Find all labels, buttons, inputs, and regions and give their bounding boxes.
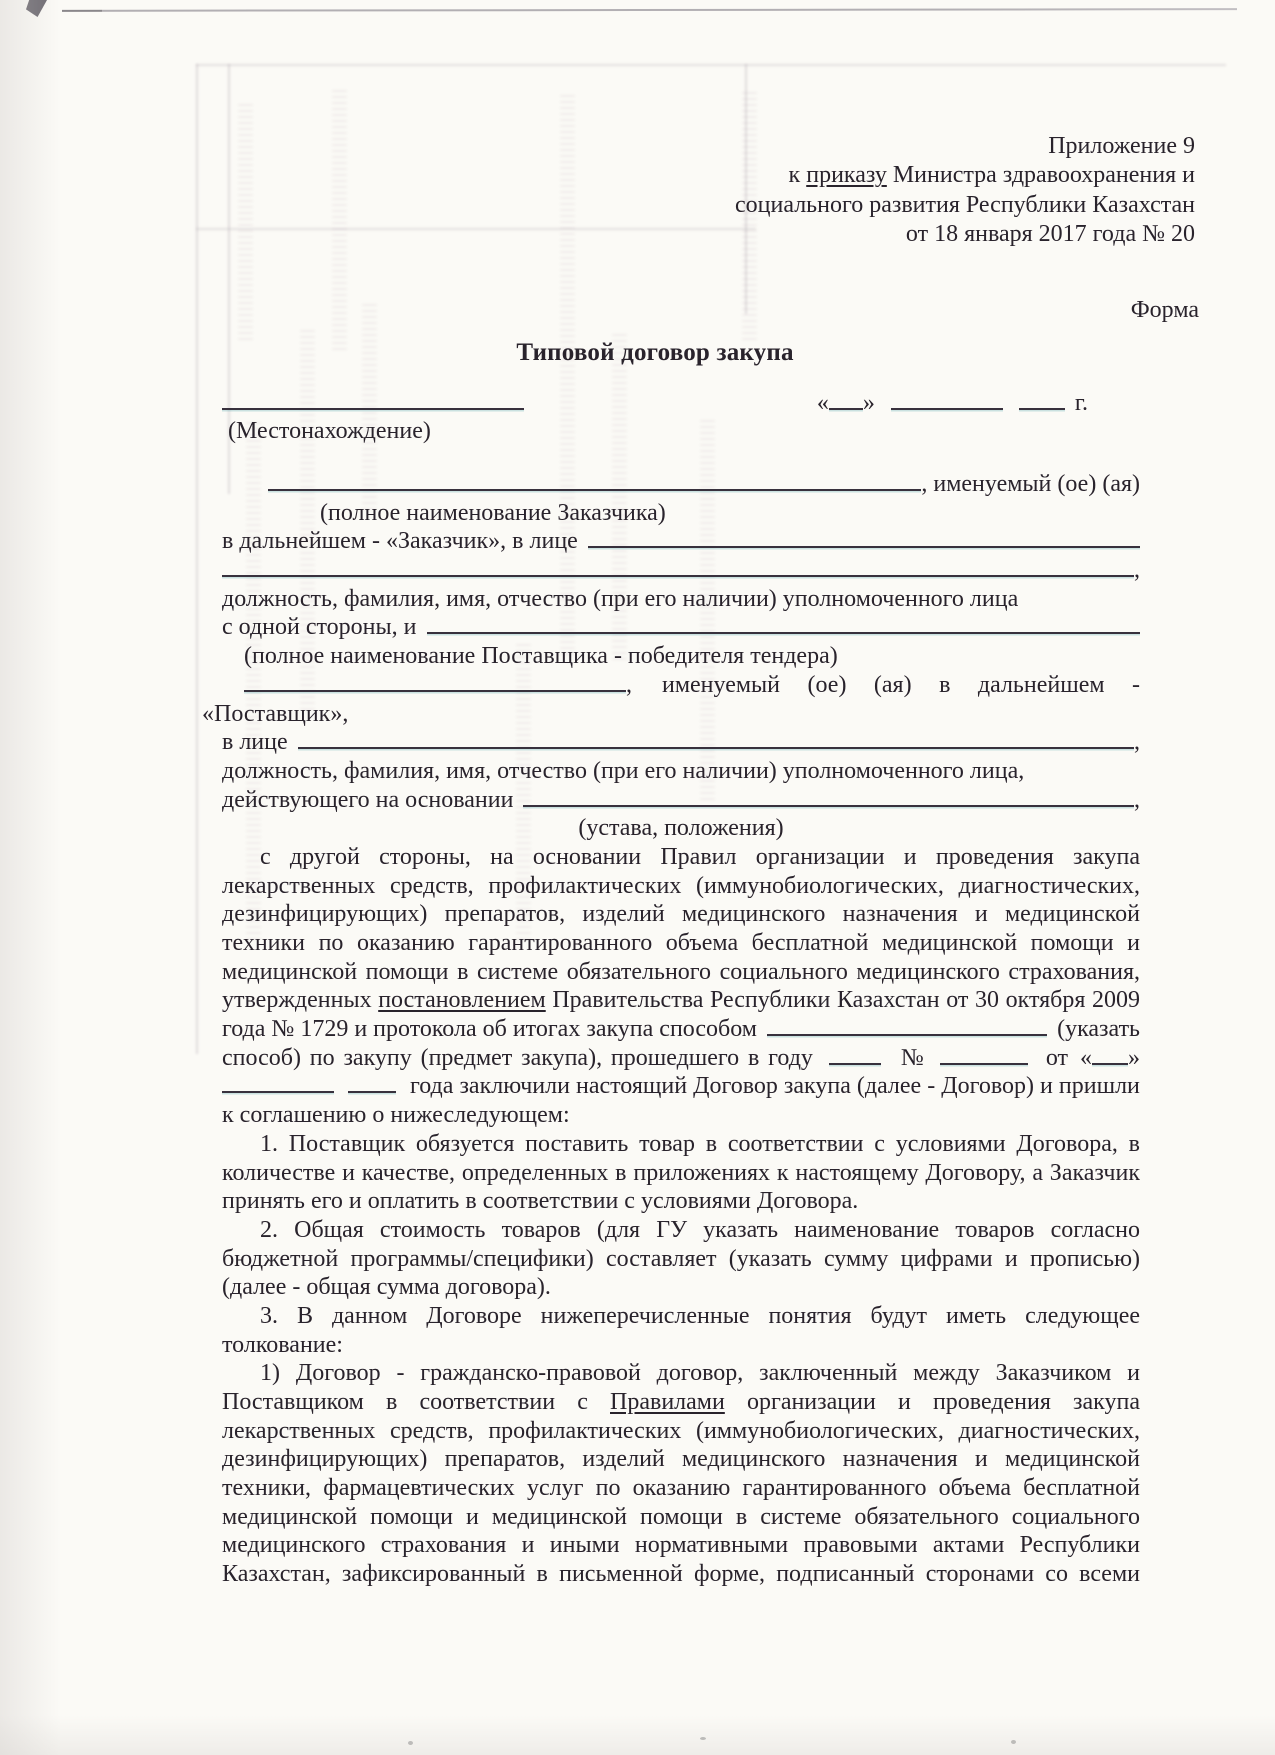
text-run: к bbox=[789, 162, 807, 188]
document-line: количестве и качестве, определенных в пр… bbox=[222, 1159, 1140, 1188]
document-line: (полное наименование Поставщика - победи… bbox=[222, 642, 1140, 671]
text-run: утвержденных bbox=[222, 987, 378, 1013]
justified-text-run: именуемый(ое)(ая)вдальнейшем- bbox=[632, 671, 1140, 700]
document-line: в лице, bbox=[222, 728, 1140, 757]
fill-in-blank bbox=[1092, 1063, 1128, 1065]
word: в bbox=[748, 1044, 759, 1073]
fill-in-blank bbox=[1019, 408, 1065, 410]
text-run: толкование: bbox=[222, 1332, 343, 1358]
text-run: лекарственных средств, профилактических … bbox=[222, 873, 1140, 899]
fill-in-blank bbox=[222, 1091, 334, 1093]
document-line: медицинской помощи в системе обязательно… bbox=[222, 958, 1140, 987]
inline-group: «» bbox=[1080, 1044, 1140, 1073]
text-run: с одной стороны, и bbox=[222, 613, 417, 642]
text-run: лекарственных средств, профилактических … bbox=[222, 1418, 1140, 1444]
scan-speck bbox=[1011, 1740, 1016, 1744]
scanned-document-page: Приложение 9к приказу Министра здравоохр… bbox=[0, 0, 1275, 1755]
text-run: « bbox=[817, 389, 829, 418]
document-line: (далее - общая сумма договора). bbox=[222, 1273, 1140, 1302]
document-line: бюджетной программы/специфики) составляе… bbox=[222, 1245, 1140, 1274]
word: года bbox=[410, 1072, 453, 1101]
header-block: Приложение 9к приказу Министра здравоохр… bbox=[0, 0, 1275, 250]
document-line: 1) Договор - гражданско-правовой договор… bbox=[222, 1359, 1140, 1388]
text-run: медицинской помощи в системе обязательно… bbox=[222, 959, 1140, 985]
text-run: « bbox=[1080, 1044, 1092, 1073]
text-run: от bbox=[1046, 1044, 1068, 1073]
text-run: «Поставщик», bbox=[202, 701, 348, 727]
text-run: » bbox=[1128, 1044, 1140, 1073]
document-line: лекарственных средств, профилактических … bbox=[222, 1417, 1140, 1446]
text-run: (полное наименование Заказчика) bbox=[320, 500, 666, 526]
text-run: от 18 января 2017 года № 20 bbox=[906, 221, 1195, 247]
word: (ое) bbox=[808, 671, 847, 700]
inline-group: «» bbox=[817, 389, 875, 418]
text-run: , bbox=[1134, 786, 1140, 815]
text-run: 2. Общая стоимость товаров (для ГУ указа… bbox=[260, 1217, 1140, 1243]
word: по bbox=[310, 1044, 335, 1073]
text-run: должность, фамилия, имя, отчество (при е… bbox=[222, 586, 1018, 612]
text-run: социального развития Республики Казахста… bbox=[735, 192, 1195, 218]
document-line: Поставщиком в соответствии с Правилами о… bbox=[222, 1388, 1140, 1417]
document-line: должность, фамилия, имя, отчество (при е… bbox=[222, 757, 1140, 786]
text-run: техники по оказанию гарантированного объ… bbox=[222, 930, 1140, 956]
word: (предмет bbox=[421, 1044, 513, 1073]
document-line: с одной стороны, и bbox=[222, 613, 1140, 642]
text-run: в дальнейшем - «Заказчик», в лице bbox=[222, 527, 578, 556]
document-line: с другой стороны, на основании Правил ор… bbox=[222, 843, 1140, 872]
text-run: года № 1729 и протокола об итогах закупа… bbox=[222, 1015, 757, 1044]
fill-in-blank bbox=[427, 632, 1141, 634]
document-line: (полное наименование Заказчика) bbox=[222, 499, 1140, 528]
word: настоящий bbox=[576, 1072, 687, 1101]
text-run: в лице bbox=[222, 728, 288, 757]
fill-in-blank bbox=[767, 1034, 1047, 1036]
document-line: , именуемый (ое) (ая) bbox=[222, 470, 1140, 499]
document-line: «»г. bbox=[222, 389, 1140, 418]
text-run: действующего на основании bbox=[222, 786, 513, 815]
fill-in-blank bbox=[588, 546, 1140, 548]
document-line: (Местонахождение) bbox=[222, 417, 1140, 446]
text-run: Казахстан, зафиксированный в письменной … bbox=[222, 1561, 1140, 1587]
document-line: , bbox=[222, 556, 1140, 585]
text-run: (устава, положения) bbox=[578, 815, 783, 841]
document-line: дезинфицирующих) препаратов, изделий мед… bbox=[222, 900, 1140, 929]
justified-text-run: годазаключилинастоящийДоговорзакупа(дале… bbox=[396, 1072, 1140, 1101]
text-run: медицинского страхования и иными нормати… bbox=[222, 1532, 1140, 1558]
document-line: в дальнейшем - «Заказчик», в лице bbox=[222, 527, 1140, 556]
word: (ая) bbox=[874, 671, 912, 700]
header-line: от 18 января 2017 года № 20 bbox=[0, 220, 1195, 249]
form-label: Форма bbox=[0, 296, 1275, 325]
justified-text-run: способ)позакупу(предметзакупа),прошедшег… bbox=[222, 1044, 813, 1073]
word: именуемый bbox=[662, 671, 780, 700]
text-run: » bbox=[863, 389, 875, 418]
text-run: дезинфицирующих) препаратов, изделий мед… bbox=[222, 1446, 1140, 1472]
document-line: действующего на основании, bbox=[222, 786, 1140, 815]
header-line: Приложение 9 bbox=[0, 132, 1195, 161]
text-run: Поставщиком в соответствии с bbox=[222, 1389, 610, 1415]
text-run: Приложение 9 bbox=[1048, 133, 1195, 159]
document-content: Приложение 9к приказу Министра здравоохр… bbox=[0, 0, 1275, 1589]
document-line: 1. Поставщик обязуется поставить товар в… bbox=[222, 1130, 1140, 1159]
document-title: Типовой договор закупа bbox=[222, 338, 1088, 367]
text-run: принять его и оплатить в соответствии с … bbox=[222, 1188, 858, 1214]
document-line: дезинфицирующих) препаратов, изделий мед… bbox=[222, 1445, 1140, 1474]
document-line: к соглашению о нижеследующем: bbox=[222, 1101, 1140, 1130]
text-run: с другой стороны, на основании Правил ор… bbox=[260, 844, 1140, 870]
header-line: к приказу Министра здравоохранения и bbox=[0, 161, 1195, 190]
word: Договор) bbox=[941, 1072, 1034, 1101]
document-line: ,именуемый(ое)(ая)вдальнейшем- bbox=[222, 671, 1140, 700]
document-line: года № 1729 и протокола об итогах закупа… bbox=[222, 1015, 1140, 1044]
text-run: г. bbox=[1075, 389, 1088, 418]
link-text: Правилами bbox=[610, 1389, 725, 1415]
link-text: постановлением bbox=[378, 987, 546, 1013]
text-run: (полное наименование Поставщика - победи… bbox=[244, 643, 838, 669]
word: в bbox=[939, 671, 950, 700]
document-line: толкование: bbox=[222, 1331, 1140, 1360]
text-run: 1) Договор - гражданско-правовой договор… bbox=[260, 1360, 1140, 1386]
text-run: № bbox=[901, 1044, 924, 1073]
document-line: годазаключилинастоящийДоговорзакупа(дале… bbox=[222, 1072, 1140, 1101]
document-line: лекарственных средств, профилактических … bbox=[222, 872, 1140, 901]
text-run: (Местонахождение) bbox=[228, 418, 431, 444]
text-run: , bbox=[1134, 728, 1140, 757]
text-run: , именуемый (ое) (ая) bbox=[921, 470, 1140, 499]
fill-in-blank bbox=[829, 408, 863, 410]
word: году bbox=[768, 1044, 813, 1073]
document-line: техники по оказанию гарантированного объ… bbox=[222, 929, 1140, 958]
text-run: (далее - общая сумма договора). bbox=[222, 1274, 551, 1300]
fill-in-blank bbox=[298, 747, 1134, 749]
word: (далее bbox=[857, 1072, 921, 1101]
text-run: 3. В данном Договоре нижеперечисленные п… bbox=[260, 1303, 1140, 1329]
fill-in-blank bbox=[940, 1063, 1028, 1065]
text-run: (указать bbox=[1057, 1015, 1140, 1044]
header-line: социального развития Республики Казахста… bbox=[0, 191, 1195, 220]
document-line: Казахстан, зафиксированный в письменной … bbox=[222, 1560, 1140, 1589]
document-line: способ)позакупу(предметзакупа),прошедшег… bbox=[222, 1044, 1140, 1073]
word: способ) bbox=[222, 1044, 301, 1073]
text-run: организации и проведения закупа bbox=[725, 1389, 1140, 1415]
fill-in-blank bbox=[829, 1063, 881, 1065]
fill-in-blank bbox=[348, 1091, 396, 1093]
text-run: Министра здравоохранения и bbox=[887, 162, 1195, 188]
document-line: принять его и оплатить в соответствии с … bbox=[222, 1187, 1140, 1216]
fill-in-blank bbox=[523, 805, 1134, 807]
document-line: 2. Общая стоимость товаров (для ГУ указа… bbox=[222, 1216, 1140, 1245]
word: дальнейшем bbox=[978, 671, 1105, 700]
fill-in-blank bbox=[244, 690, 626, 692]
text-run: дезинфицирующих) препаратов, изделий мед… bbox=[222, 901, 1140, 927]
word: - bbox=[1132, 671, 1140, 700]
word: закупу bbox=[343, 1044, 411, 1073]
link-text: приказу bbox=[806, 162, 887, 188]
fill-in-blank bbox=[222, 408, 524, 410]
fill-in-blank bbox=[222, 575, 1134, 577]
word: - bbox=[927, 1072, 935, 1101]
document-line: должность, фамилия, имя, отчество (при е… bbox=[222, 585, 1140, 614]
document-line: «Поставщик», bbox=[202, 700, 1140, 729]
scan-edge-shade bbox=[0, 1715, 1275, 1755]
document-line: утвержденных постановлением Правительств… bbox=[222, 986, 1140, 1015]
text-run: медицинской помощи и медицинской помощи … bbox=[222, 1504, 1140, 1530]
document-line: медицинской помощи и медицинской помощи … bbox=[222, 1503, 1140, 1532]
text-run: к соглашению о нижеследующем: bbox=[222, 1102, 570, 1128]
fill-in-blank bbox=[891, 408, 1003, 410]
word: Договор bbox=[693, 1072, 778, 1101]
scan-speck bbox=[700, 1737, 706, 1740]
document-body: «»г.(Местонахождение), именуемый (ое) (а… bbox=[222, 389, 1140, 1589]
text-run: , bbox=[1134, 556, 1140, 585]
word: и bbox=[1040, 1072, 1053, 1101]
fill-in-blank bbox=[268, 489, 921, 491]
text-run: количестве и качестве, определенных в пр… bbox=[222, 1160, 1140, 1186]
word: закупа), bbox=[521, 1044, 602, 1073]
document-line: медицинского страхования и иными нормати… bbox=[222, 1531, 1140, 1560]
text-run: должность, фамилия, имя, отчество (при е… bbox=[222, 758, 1024, 784]
text-run: техники, фармацевтических услуг по оказа… bbox=[222, 1475, 1140, 1501]
word: пришли bbox=[1059, 1072, 1140, 1101]
word: прошедшего bbox=[611, 1044, 739, 1073]
text-run: Правительства Республики Казахстан от 30… bbox=[546, 987, 1140, 1013]
word: заключили bbox=[459, 1072, 570, 1101]
document-line: 3. В данном Договоре нижеперечисленные п… bbox=[222, 1302, 1140, 1331]
document-line: (устава, положения) bbox=[222, 814, 1140, 843]
scan-speck bbox=[408, 1741, 413, 1745]
word: закупа bbox=[784, 1072, 851, 1101]
text-run: бюджетной программы/специфики) составляе… bbox=[222, 1246, 1140, 1272]
text-run: 1. Поставщик обязуется поставить товар в… bbox=[260, 1131, 1140, 1157]
document-line: техники, фармацевтических услуг по оказа… bbox=[222, 1474, 1140, 1503]
